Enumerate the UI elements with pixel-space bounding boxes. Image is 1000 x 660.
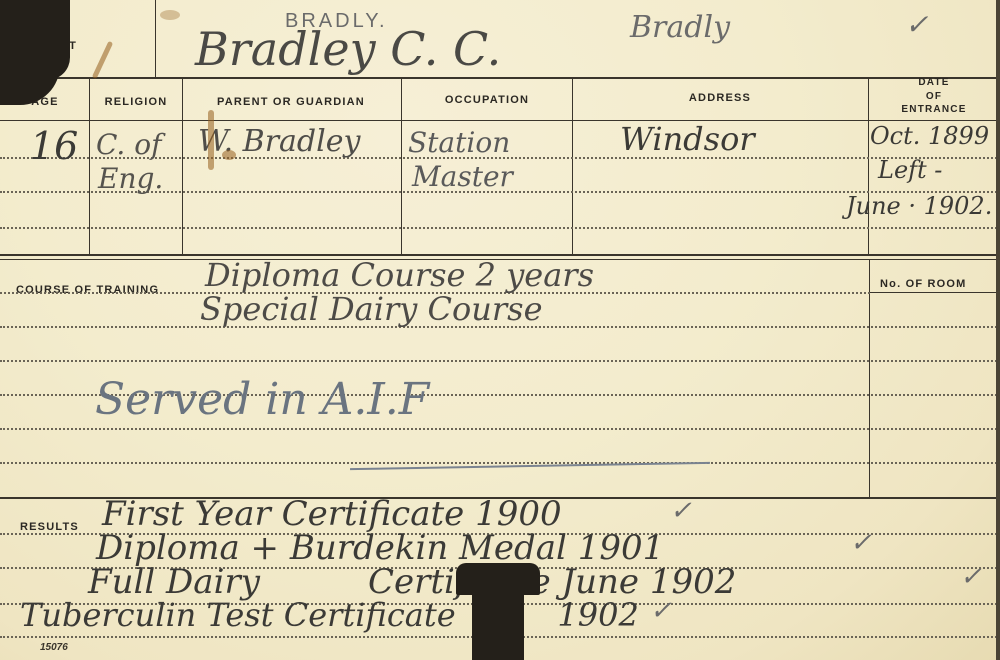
row-dot-3 [0,227,1000,229]
student-record-card: NT BRADLY. Bradley C. C. Bradly ✓ AGE RE… [0,0,1000,660]
tick-mark: ✓ [905,8,928,41]
age-value: 16 [30,124,78,168]
punch-hole-top [456,563,540,595]
training-label: COURSE OF TRAINING [16,284,159,296]
col-header-religion: RELIGION [90,96,182,108]
col-header-date-3: ENTRANCE [868,104,1000,115]
date-value-2: Left - [878,156,942,184]
occupation-value-2: Master [412,160,513,193]
date-value-3: June · 1902. [846,192,992,220]
date-value-1: Oct. 1899 [870,122,989,150]
name-pencil-right: Bradly [630,10,730,45]
religion-value-2: Eng. [98,162,163,195]
result-tick-3: ✓ [960,562,982,592]
room-label-rule [870,292,1000,293]
student-name: Bradley C. C. [195,22,501,76]
training-line-2: Special Dairy Course [200,290,543,328]
col-header-date-1: DATE [868,77,1000,88]
result-tick-1: ✓ [670,496,692,526]
occupation-value-1: Station [408,126,510,159]
col-header-address: ADDRESS [572,92,868,104]
rust-stain-1 [208,110,214,170]
serial-number: 15076 [40,642,68,653]
training-line-3: Served in A.I.F [95,374,429,425]
train-dot-3 [0,360,1000,362]
religion-value-1: C. of [96,128,161,161]
col-header-parent: PARENT OR GUARDIAN [182,96,400,108]
col-header-occupation: OCCUPATION [402,94,572,106]
train-dot-5 [0,428,1000,430]
train-dot-6 [0,462,1000,464]
punch-hole-stem [472,592,524,660]
rust-stain-3 [92,41,113,79]
result-tick-2: ✓ [850,528,872,558]
address-value: Windsor [620,120,755,158]
training-line-1: Diploma Course 2 years [205,256,594,294]
torn-hole-top-left-edge [40,0,70,80]
rust-stain-2 [222,150,236,160]
name-divider [155,0,156,78]
results-label: RESULTS [20,521,79,533]
rust-stain-4 [160,10,180,20]
table-top-rule [55,77,1000,79]
result-tick-4: ✓ [650,596,672,626]
room-label: No. OF ROOM [880,278,967,290]
col-header-date-2: OF [868,91,1000,102]
result-line-4: Tuberculin Test Certificate 1902 [20,596,639,634]
header-bottom-rule [0,120,1000,121]
card-edge [996,0,1000,660]
